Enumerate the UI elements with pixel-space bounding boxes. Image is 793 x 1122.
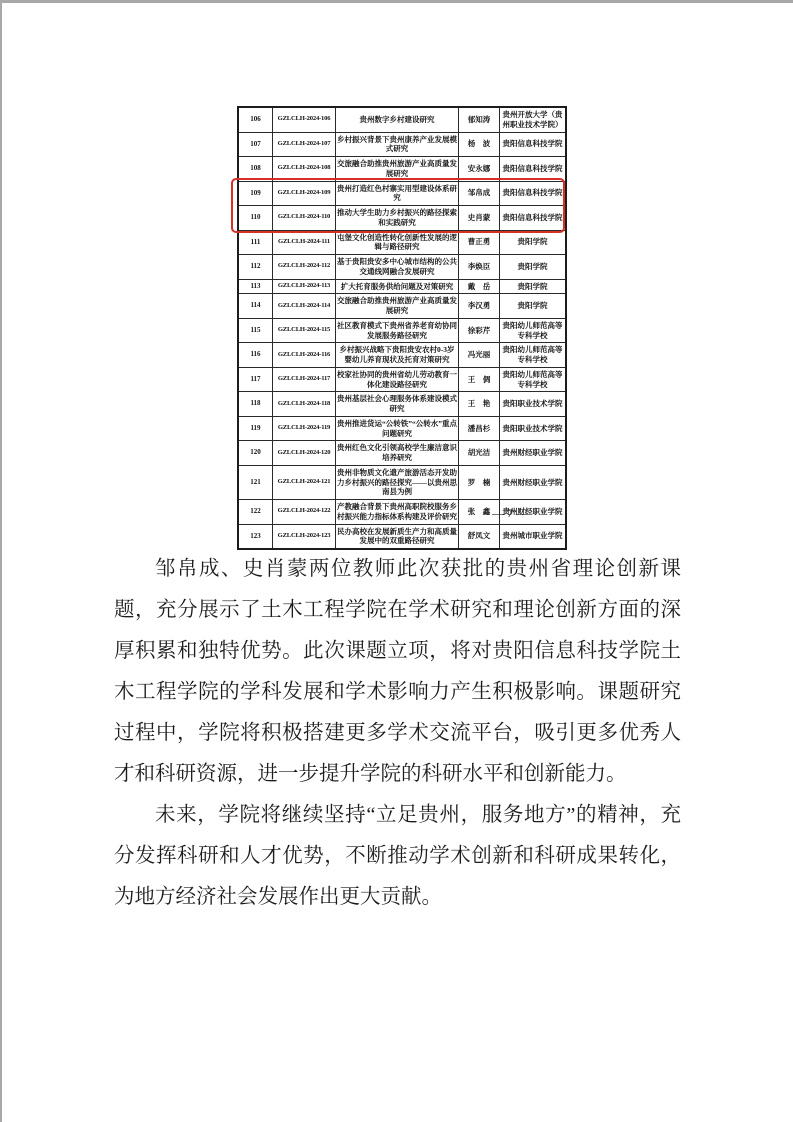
title-cell: 贵州数字乡村建设研究 — [336, 107, 459, 132]
leader-cell: 杨 波 — [459, 132, 500, 157]
leader-cell: 郁知涛 — [459, 107, 500, 132]
title-cell: 社区教育模式下贵州省养老育幼协同发展服务路径研究 — [336, 318, 459, 343]
leader-cell: 李焕臣 — [459, 255, 500, 280]
code-cell: GZLCLH-2024-116 — [273, 343, 336, 368]
table-row: 118GZLCLH-2024-118贵州基层社会心理服务体系建设模式研究王 艳贵… — [238, 392, 566, 417]
org-cell: 贵阳信息科技学院 — [500, 157, 567, 182]
leader-cell: 胡光洁 — [459, 441, 500, 466]
code-cell: GZLCLH-2024-106 — [273, 107, 336, 132]
serial-cell: 109 — [238, 181, 273, 206]
serial-cell: 108 — [238, 157, 273, 182]
table-row: 117GZLCLH-2024-117校家社协同的贵州省幼儿劳动教育一体化建设路径… — [238, 367, 566, 392]
table-wrap: 106GZLCLH-2024-106贵州数字乡村建设研究郁知涛贵州开放大学（贵州… — [237, 106, 559, 550]
project-approval-table: 106GZLCLH-2024-106贵州数字乡村建设研究郁知涛贵州开放大学（贵州… — [237, 106, 567, 550]
table-row: 114GZLCLH-2024-114交旅融合助推贵州旅游产业高质量发展研究李汉勇… — [238, 294, 566, 319]
paragraph: 未来，学院将继续坚持“立足贵州，服务地方”的精神，充分发挥科研和人才优势，不断推… — [114, 795, 681, 918]
code-cell: GZLCLH-2024-112 — [273, 255, 336, 280]
leader-cell: 罗 楠 — [459, 465, 500, 499]
leader-cell: 潘昌杉 — [459, 416, 500, 441]
org-cell: 贵州开放大学（贵州职业技术学院） — [500, 107, 567, 132]
code-cell: GZLCLH-2024-111 — [273, 230, 336, 255]
table-row: 112GZLCLH-2024-112基于贵阳贵安多中心城市结构的公共交通线网融合… — [238, 255, 566, 280]
table-row: 113GZLCLH-2024-113扩大托育服务供给问题及对策研究戴 岳贵阳学院 — [238, 279, 566, 294]
table-row: 119GZLCLH-2024-119贵州推进货运“公转铁”“公转水”重点问题研究… — [238, 416, 566, 441]
title-cell: 扩大托育服务供给问题及对策研究 — [336, 279, 459, 294]
table-row: 108GZLCLH-2024-108交旅融合助推贵州旅游产业高质量发展研究安永娜… — [238, 157, 566, 182]
leader-cell: 王 倜 — [459, 367, 500, 392]
code-cell: GZLCLH-2024-119 — [273, 416, 336, 441]
table-row: 123GZLCLH-2024-123民办高校在发展新质生产力和高质量发展中的双重… — [238, 524, 566, 549]
title-cell: 屯堡文化创造性转化创新性发展的逻辑与路径研究 — [336, 230, 459, 255]
serial-cell: 122 — [238, 500, 273, 525]
title-cell: 贵州非物质文化遗产旅游活态开发助力乡村振兴的路径探究——以贵州思南县为例 — [336, 465, 459, 499]
serial-cell: 119 — [238, 416, 273, 441]
org-cell: 贵阳幼儿师范高等专科学校 — [500, 367, 567, 392]
org-cell: 贵阳信息科技学院 — [500, 132, 567, 157]
table-row: 106GZLCLH-2024-106贵州数字乡村建设研究郁知涛贵州开放大学（贵州… — [238, 107, 566, 132]
org-cell: 贵阳学院 — [500, 255, 567, 280]
document-page: 106GZLCLH-2024-106贵州数字乡村建设研究郁知涛贵州开放大学（贵州… — [0, 0, 793, 1122]
serial-cell: 106 — [238, 107, 273, 132]
serial-cell: 114 — [238, 294, 273, 319]
article-body: 邹帛成、史肖蒙两位教师此次获批的贵州省理论创新课题，充分展示了土木工程学院在学术… — [114, 549, 681, 918]
code-cell: GZLCLH-2024-114 — [273, 294, 336, 319]
org-cell: 贵阳学院 — [500, 230, 567, 255]
table-row: 109GZLCLH-2024-109贵州打造红色村寨实用型建设体系研究邹帛成贵阳… — [238, 181, 566, 206]
leader-cell: 王 艳 — [459, 392, 500, 417]
title-cell: 产教融合背景下贵州高职院校服务乡村振兴能力指标体系构建及评价研究 — [336, 500, 459, 525]
table-row: 107GZLCLH-2024-107乡村振兴背景下贵州康养产业发展模式研究杨 波… — [238, 132, 566, 157]
title-cell: 民办高校在发展新质生产力和高质量发展中的双重路径研究 — [336, 524, 459, 549]
title-cell: 交旅融合助推贵州旅游产业高质量发展研究 — [336, 157, 459, 182]
leader-cell: 邹帛成 — [459, 181, 500, 206]
leader-cell: 曹正勇 — [459, 230, 500, 255]
serial-cell: 118 — [238, 392, 273, 417]
serial-cell: 111 — [238, 230, 273, 255]
title-cell: 贵州推进货运“公转铁”“公转水”重点问题研究 — [336, 416, 459, 441]
title-cell: 推动大学生助力乡村振兴的路径探索和实践研究 — [336, 206, 459, 231]
title-cell: 校家社协同的贵州省幼儿劳动教育一体化建设路径研究 — [336, 367, 459, 392]
serial-cell: 121 — [238, 465, 273, 499]
table-row: 111GZLCLH-2024-111屯堡文化创造性转化创新性发展的逻辑与路径研究… — [238, 230, 566, 255]
table-row: 115GZLCLH-2024-115社区教育模式下贵州省养老育幼协同发展服务路径… — [238, 318, 566, 343]
leader-cell: 安永娜 — [459, 157, 500, 182]
leader-cell: 戴 岳 — [459, 279, 500, 294]
code-cell: GZLCLH-2024-108 — [273, 157, 336, 182]
org-cell: 贵阳职业技术学院 — [500, 416, 567, 441]
serial-cell: 113 — [238, 279, 273, 294]
org-cell: 贵阳职业技术学院 — [500, 392, 567, 417]
project-table-body: 106GZLCLH-2024-106贵州数字乡村建设研究郁知涛贵州开放大学（贵州… — [238, 107, 566, 549]
serial-cell: 115 — [238, 318, 273, 343]
code-cell: GZLCLH-2024-110 — [273, 206, 336, 231]
org-cell: 贵阳学院 — [500, 279, 567, 294]
org-cell: 贵阳幼儿师范高等专科学校 — [500, 343, 567, 368]
org-cell: 贵州城市职业学院 — [500, 524, 567, 549]
org-cell: 贵州财经职业学院 — [500, 465, 567, 499]
serial-cell: 120 — [238, 441, 273, 466]
leader-cell: 冯光丽 — [459, 343, 500, 368]
title-cell: 乡村振兴背景下贵州康养产业发展模式研究 — [336, 132, 459, 157]
code-cell: GZLCLH-2024-107 — [273, 132, 336, 157]
table-row: 121GZLCLH-2024-121贵州非物质文化遗产旅游活态开发助力乡村振兴的… — [238, 465, 566, 499]
serial-cell: 123 — [238, 524, 273, 549]
org-cell: 贵阳学院 — [500, 294, 567, 319]
code-cell: GZLCLH-2024-117 — [273, 367, 336, 392]
table-row: 110GZLCLH-2024-110推动大学生助力乡村振兴的路径探索和实践研究史… — [238, 206, 566, 231]
table-row: 120GZLCLH-2024-120贵州红色文化引领高校学生廉洁意识培养研究胡光… — [238, 441, 566, 466]
org-cell: 贵阳信息科技学院 — [500, 206, 567, 231]
title-cell: 基于贵阳贵安多中心城市结构的公共交通线网融合发展研究 — [336, 255, 459, 280]
leader-cell: 史肖蒙 — [459, 206, 500, 231]
leader-cell: 舒凤文 — [459, 524, 500, 549]
serial-cell: 112 — [238, 255, 273, 280]
title-cell: 交旅融合助推贵州旅游产业高质量发展研究 — [336, 294, 459, 319]
leader-cell: 徐彩芹 — [459, 318, 500, 343]
code-cell: GZLCLH-2024-118 — [273, 392, 336, 417]
serial-cell: 116 — [238, 343, 273, 368]
code-cell: GZLCLH-2024-113 — [273, 279, 336, 294]
serial-cell: 110 — [238, 206, 273, 231]
code-cell: GZLCLH-2024-120 — [273, 441, 336, 466]
title-cell: 贵州基层社会心理服务体系建设模式研究 — [336, 392, 459, 417]
title-cell: 贵州打造红色村寨实用型建设体系研究 — [336, 181, 459, 206]
serial-cell: 107 — [238, 132, 273, 157]
leader-cell: 李汉勇 — [459, 294, 500, 319]
code-cell: GZLCLH-2024-109 — [273, 181, 336, 206]
title-cell: 贵州红色文化引领高校学生廉洁意识培养研究 — [336, 441, 459, 466]
table-row: 116GZLCLH-2024-116乡村振兴战略下贵阳贵安农村0-3岁婴幼儿养育… — [238, 343, 566, 368]
paragraph: 邹帛成、史肖蒙两位教师此次获批的贵州省理论创新课题，充分展示了土木工程学院在学术… — [114, 549, 681, 795]
serial-cell: 117 — [238, 367, 273, 392]
org-cell: 贵阳幼儿师范高等专科学校 — [500, 318, 567, 343]
code-cell: GZLCLH-2024-122 — [273, 500, 336, 525]
org-cell: 贵州财经职业学院 — [500, 441, 567, 466]
title-cell: 乡村振兴战略下贵阳贵安农村0-3岁婴幼儿养育现状及托育对策研究 — [336, 343, 459, 368]
org-cell: 贵阳信息科技学院 — [500, 181, 567, 206]
code-cell: GZLCLH-2024-123 — [273, 524, 336, 549]
code-cell: GZLCLH-2024-115 — [273, 318, 336, 343]
page-number: — 7 — — [470, 506, 550, 521]
code-cell: GZLCLH-2024-121 — [273, 465, 336, 499]
